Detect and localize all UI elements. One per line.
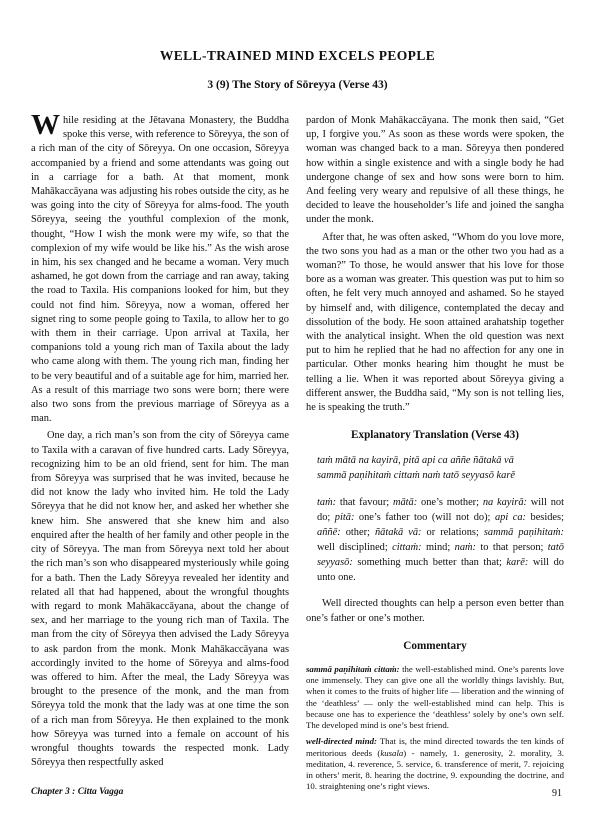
page-subtitle: 3 (9) The Story of Sōreyya (Verse 43) (0, 79, 595, 91)
column-left: While residing at the Jētavana Monastery… (31, 114, 289, 797)
gloss-term: sammā paṇihitaṁ: (484, 527, 564, 538)
gloss-term: na kayirā: (483, 497, 527, 508)
gloss-term: ñātakā vā: (375, 527, 422, 538)
gloss-term: pitā: (335, 512, 355, 523)
paragraph-story-2: One day, a rich man’s son from the city … (31, 429, 289, 770)
gloss-definition: one’s father too (will not do); (359, 512, 491, 523)
gloss-term: mātā: (393, 497, 417, 508)
book-page: WELL-TRAINED MIND EXCELS PEOPLE 3 (9) Th… (0, 0, 595, 829)
gloss-definition: one’s mother; (421, 497, 479, 508)
gloss-term: aññē: (317, 527, 341, 538)
paragraph-story-3: pardon of Monk Mahākaccāyana. The monk t… (306, 114, 564, 228)
gloss-term: karē: (506, 557, 528, 568)
gloss-term: naṁ: (455, 542, 476, 553)
two-column-body: While residing at the Jētavana Monastery… (0, 114, 595, 797)
gloss-definition: besides; (531, 512, 564, 523)
page-title: WELL-TRAINED MIND EXCELS PEOPLE (0, 0, 595, 64)
paragraph-story-4: After that, he was often asked, “Whom do… (306, 231, 564, 416)
gloss-definition: to that person; (480, 542, 543, 553)
verse-line-2: sammā paṇihitaṁ cittaṁ naṁ tatō seyyasō … (317, 468, 564, 483)
gloss-definition: something much better than that; (357, 557, 502, 568)
gloss-definition: well disciplined; (317, 542, 388, 553)
verse-line-1: taṁ mātā na kayirā, pitā api ca aññe ñāt… (317, 453, 564, 468)
paragraph-translation-summary: Well directed thoughts can help a person… (306, 597, 564, 625)
paragraph-story-1-text: hile residing at the Jētavana Monastery,… (31, 115, 289, 424)
explanatory-translation-heading: Explanatory Translation (Verse 43) (306, 428, 564, 442)
commentary-lead: sammā paṇihitaṁ cittaṁ: (306, 664, 400, 674)
footer-page-number: 91 (552, 788, 562, 799)
gloss-definition: that favour; (340, 497, 389, 508)
commentary-paragraph-1: sammā paṇihitaṁ cittaṁ: the well-establi… (306, 664, 564, 731)
gloss-definition: other; (346, 527, 370, 538)
paragraph-story-1: While residing at the Jētavana Monastery… (31, 114, 289, 426)
gloss-term: taṁ: (317, 497, 336, 508)
footer-chapter-label: Chapter 3 : Citta Vagga (31, 787, 123, 797)
commentary-italic-term: kusala (380, 748, 403, 758)
commentary-lead: well-directed mind: (306, 736, 377, 746)
drop-cap: W (31, 114, 63, 137)
gloss-definition: mind; (426, 542, 450, 553)
word-gloss: taṁ: that favour; mātā: one’s mother; na… (306, 495, 564, 585)
gloss-definition: or relations; (427, 527, 479, 538)
commentary-heading: Commentary (306, 639, 564, 653)
commentary-paragraph-2: well-directed mind: That is, the mind di… (306, 736, 564, 792)
column-right: pardon of Monk Mahākaccāyana. The monk t… (306, 114, 564, 797)
gloss-term: cittaṁ: (392, 542, 421, 553)
pali-verse: taṁ mātā na kayirā, pitā api ca aññe ñāt… (306, 453, 564, 483)
gloss-term: api ca: (495, 512, 526, 523)
